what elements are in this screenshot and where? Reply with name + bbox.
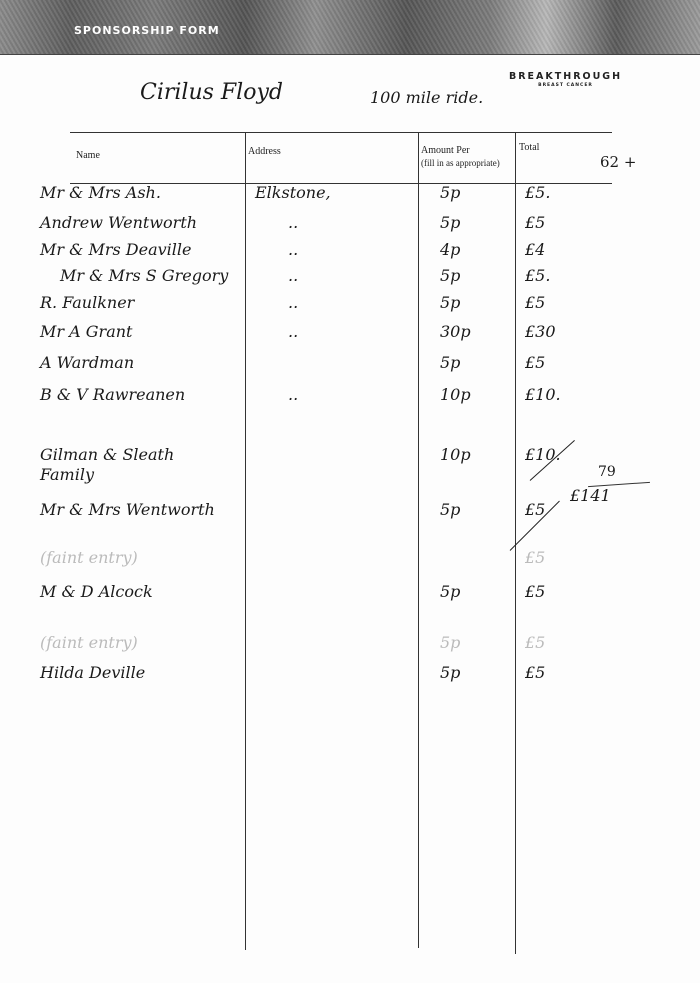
participant-name: Cirilus Floyd: [140, 80, 283, 105]
brand-tagline: BREAST CANCER: [509, 83, 622, 88]
sponsor-amount: 5p: [440, 663, 460, 682]
form-title: SPONSORSHIP FORM: [74, 24, 220, 37]
header-address: Address: [248, 145, 281, 159]
sponsor-total: £5: [525, 213, 545, 232]
sponsor-address: ..: [288, 385, 298, 404]
sponsor-total: £5: [525, 663, 545, 682]
sponsor-total: £5: [525, 633, 545, 652]
sponsor-name: (faint entry): [40, 548, 138, 567]
sponsor-address: ..: [288, 240, 298, 259]
sponsor-total: £5: [525, 353, 545, 372]
sponsor-name: M & D Alcock: [40, 582, 153, 601]
sponsor-amount: 30p: [440, 322, 471, 341]
brand-name: BREAKTHROUGH: [509, 71, 622, 82]
sponsor-name: R. Faulkner: [40, 293, 134, 312]
sponsor-total: £4: [525, 240, 545, 259]
sponsor-address: ..: [288, 322, 298, 341]
sponsor-amount: 5p: [440, 293, 460, 312]
sponsor-total: £5: [525, 548, 545, 567]
sponsor-total: £5.: [525, 183, 550, 202]
sponsor-name: Mr & Mrs Deaville: [40, 240, 191, 259]
sponsor-amount: 5p: [440, 633, 460, 652]
sponsor-name: Andrew Wentworth: [40, 213, 197, 232]
sponsor-address: ..: [288, 266, 298, 285]
table-top-rule: [70, 132, 612, 133]
sponsor-amount: 10p: [440, 445, 471, 464]
header-name: Name: [76, 149, 100, 163]
sponsor-address: ..: [288, 293, 298, 312]
form-banner: SPONSORSHIP FORM: [0, 0, 700, 55]
sponsor-name: Mr A Grant: [40, 322, 132, 341]
sponsor-name: Mr & Mrs Wentworth: [40, 500, 215, 519]
sponsor-name: (faint entry): [40, 633, 138, 652]
sponsor-name: B & V Rawreanen: [40, 385, 185, 404]
sponsor-amount: 5p: [440, 353, 460, 372]
sponsor-total: £10.: [525, 385, 561, 404]
sponsor-name: Mr & Mrs S Gregory: [60, 266, 228, 285]
grand-total-note: £141: [570, 486, 611, 505]
sponsor-total: £5: [525, 293, 545, 312]
sponsor-amount: 4p: [440, 240, 460, 259]
sponsor-amount: 5p: [440, 266, 460, 285]
sponsor-name: Mr & Mrs Ash.: [40, 183, 161, 202]
sponsor-amount: 5p: [440, 213, 460, 232]
sponsor-name: Gilman & Sleath Family: [40, 445, 210, 485]
header-total: Total: [519, 141, 539, 155]
event-description: 100 mile ride.: [370, 88, 483, 107]
column-divider: [245, 132, 246, 950]
sponsor-amount: 5p: [440, 582, 460, 601]
running-tally-note: 62 +: [600, 153, 636, 171]
sponsor-name: A Wardman: [40, 353, 134, 372]
sponsor-total: £5.: [525, 266, 550, 285]
column-divider: [418, 132, 419, 948]
brand-logo: BREAKTHROUGH BREAST CANCER: [509, 71, 622, 88]
sponsor-total: £5: [525, 582, 545, 601]
sponsor-total: £10.: [525, 445, 561, 464]
header-amount-note: (fill in as appropriate): [421, 157, 500, 169]
sponsor-name: Hilda Deville: [40, 663, 145, 682]
subtotal-note: 79: [598, 464, 616, 480]
sponsor-total: £30: [525, 322, 556, 341]
sponsor-amount: 10p: [440, 385, 471, 404]
sponsor-address: Elkstone,: [255, 183, 331, 202]
header-amount: Amount Per: [421, 144, 470, 158]
sponsor-amount: 5p: [440, 500, 460, 519]
sponsor-address: ..: [288, 213, 298, 232]
sponsor-amount: 5p: [440, 183, 460, 202]
